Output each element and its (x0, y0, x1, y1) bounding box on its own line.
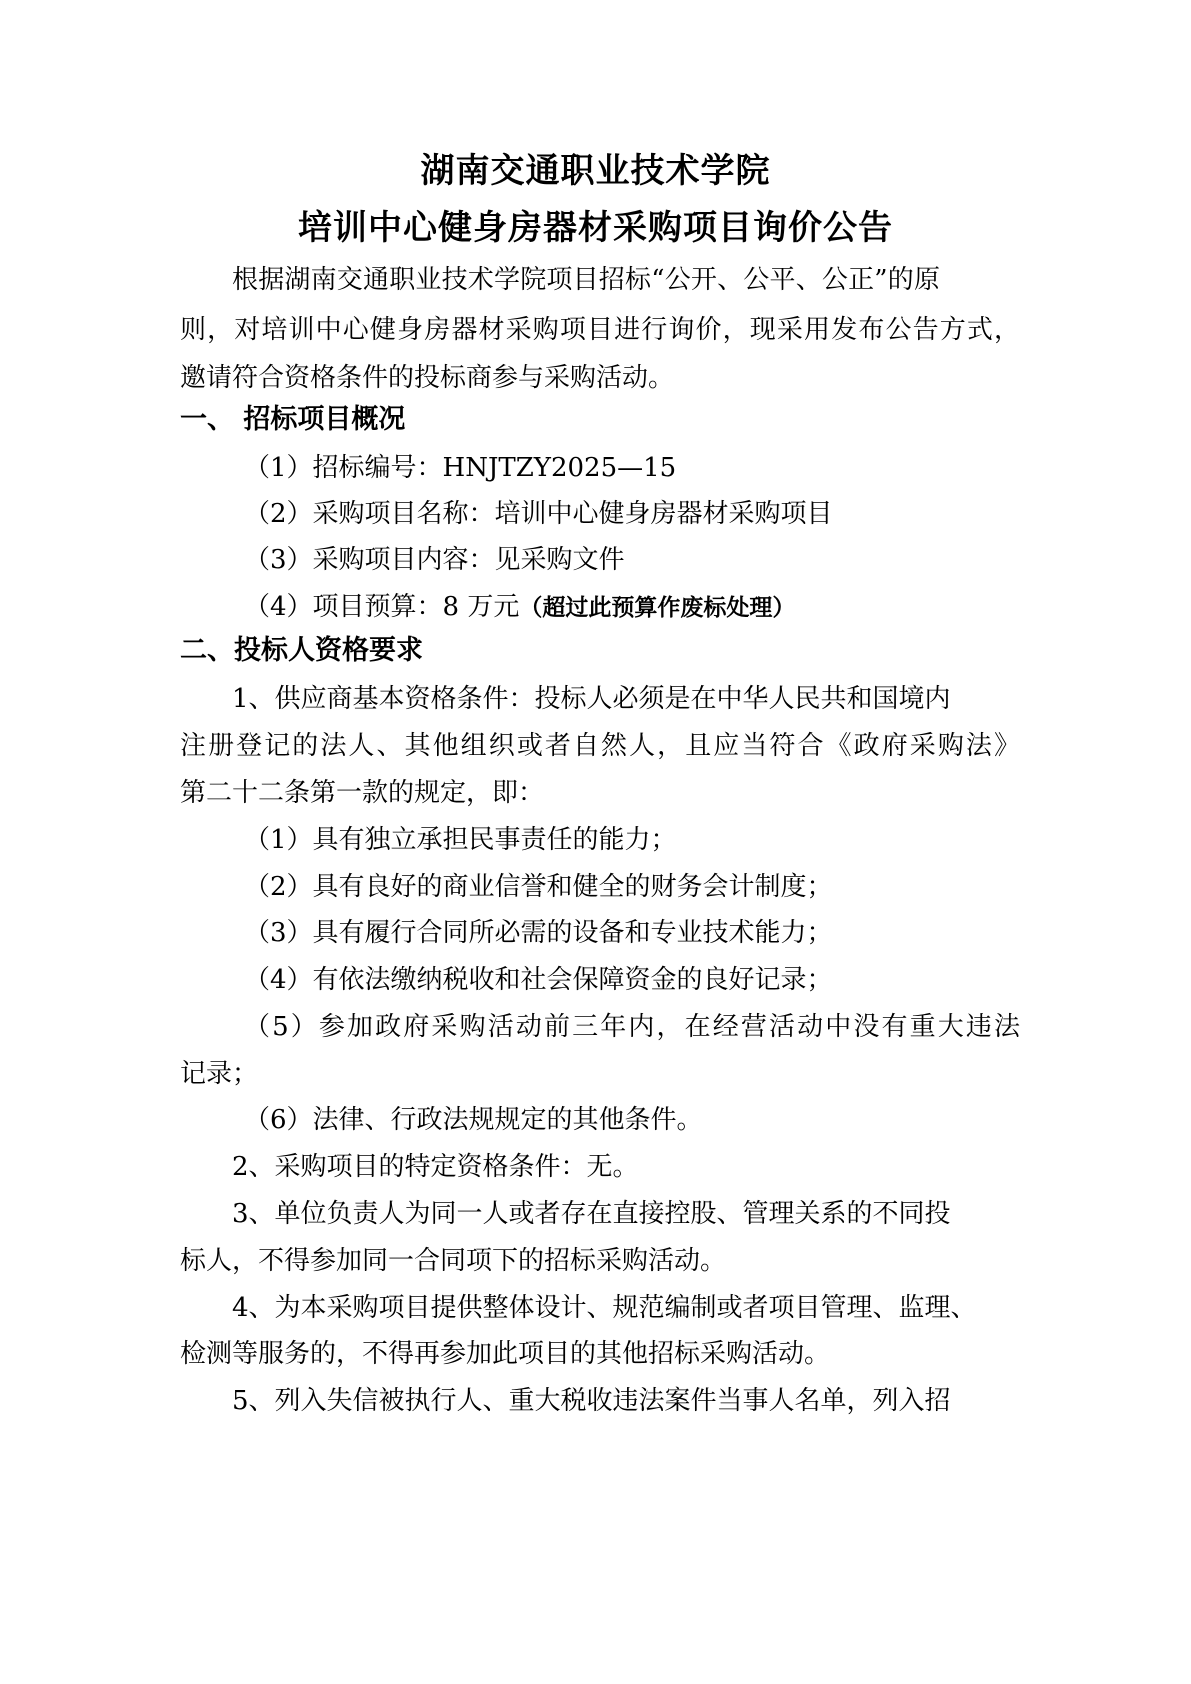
intro-line-2: 则，对培训中心健身房器材采购项目进行询价，现采用发布公告方式， (180, 312, 1020, 348)
intro-line-1: 根据湖南交通职业技术学院项目招标“公开、公平、公正”的原 (232, 262, 940, 298)
section1-item-content: （3）采购项目内容：见采购文件 (244, 542, 1084, 578)
section2-p1-line-2: 注册登记的法人、其他组织或者自然人，且应当符合《政府采购法》 (180, 728, 1020, 764)
section2-p3-line-1: 3、单位负责人为同一人或者存在直接控股、管理关系的不同投 (232, 1196, 940, 1232)
section2-p1-line-1: 1、供应商基本资格条件：投标人必须是在中华人民共和国境内 (232, 681, 940, 717)
condition-2: （2）具有良好的商业信誉和健全的财务会计制度； (244, 869, 1084, 905)
condition-3: （3）具有履行合同所必需的设备和专业技术能力； (244, 915, 1084, 951)
section1-item-budget: （4）项目预算：8 万元（超过此预算作废标处理） (244, 589, 1084, 626)
budget-amount: （4）项目预算：8 万元 (244, 592, 519, 622)
condition-5: （5）参加政府采购活动前三年内，在经营活动中没有重大违法 (244, 1009, 1020, 1045)
condition-6: （6）法律、行政法规规定的其他条件。 (244, 1102, 1084, 1138)
condition-1: （1）具有独立承担民事责任的能力； (244, 822, 1084, 858)
section2-p5-line-1: 5、列入失信被执行人、重大税收违法案件当事人名单，列入招 (232, 1383, 940, 1419)
section2-p4-line-1: 4、为本采购项目提供整体设计、规范编制或者项目管理、监理、 (232, 1290, 940, 1326)
intro-line-3: 邀请符合资格条件的投标商参与采购活动。 (180, 360, 1020, 396)
section1-item-project-name: （2）采购项目名称：培训中心健身房器材采购项目 (244, 496, 1084, 532)
section2-p1-line-3: 第二十二条第一款的规定，即： (180, 775, 1020, 811)
condition-4: （4）有依法缴纳税收和社会保障资金的良好记录； (244, 962, 1084, 998)
document-page: 湖南交通职业技术学院 培训中心健身房器材采购项目询价公告 根据湖南交通职业技术学… (0, 0, 1191, 1684)
section2-p4-line-2: 检测等服务的，不得再参加此项目的其他招标采购活动。 (180, 1336, 1020, 1372)
section2-p3-line-2: 标人，不得参加同一合同项下的招标采购活动。 (180, 1243, 1020, 1279)
document-title-institution: 湖南交通职业技术学院 (0, 143, 1191, 192)
document-title-notice: 培训中心健身房器材采购项目询价公告 (0, 200, 1191, 249)
condition-5-cont: 记录； (180, 1056, 1020, 1092)
budget-note: （超过此预算作废标处理） (519, 595, 795, 621)
section1-item-bid-number: （1）招标编号：HNJTZY2025—15 (244, 450, 1084, 486)
section2-heading: 二、投标人资格要求 (180, 633, 1020, 669)
section1-heading: 一、 招标项目概况 (180, 402, 1020, 438)
section2-p2: 2、采购项目的特定资格条件：无。 (232, 1149, 1072, 1185)
